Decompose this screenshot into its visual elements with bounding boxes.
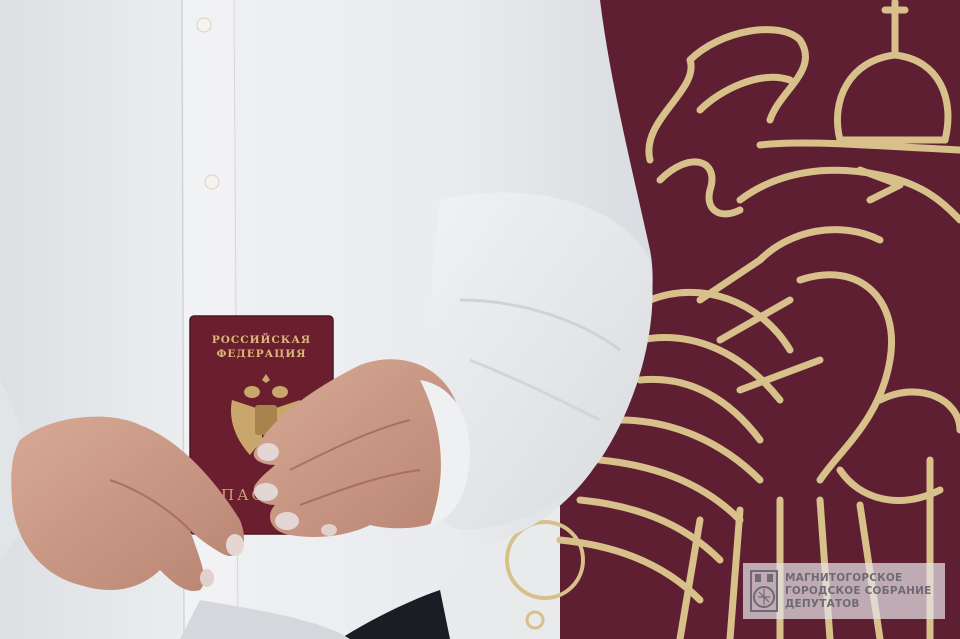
hands [0,0,960,639]
watermark-line2: ГОРОДСКОЕ СОБРАНИЕ [785,585,931,598]
watermark-line3: ДЕПУТАТОВ [785,598,931,611]
watermark-line1: МАГНИТОГОРСКОЕ [785,572,931,585]
photo-scene: РОССИЙСКАЯ ФЕДЕРАЦИЯ ПАСПОРТ [0,0,960,639]
city-coat-of-arms-icon [749,569,779,613]
watermark-badge: МАГНИТОГОРСКОЕ ГОРОДСКОЕ СОБРАНИЕ ДЕПУТА… [743,563,945,619]
watermark-text: МАГНИТОГОРСКОЕ ГОРОДСКОЕ СОБРАНИЕ ДЕПУТА… [785,572,931,611]
